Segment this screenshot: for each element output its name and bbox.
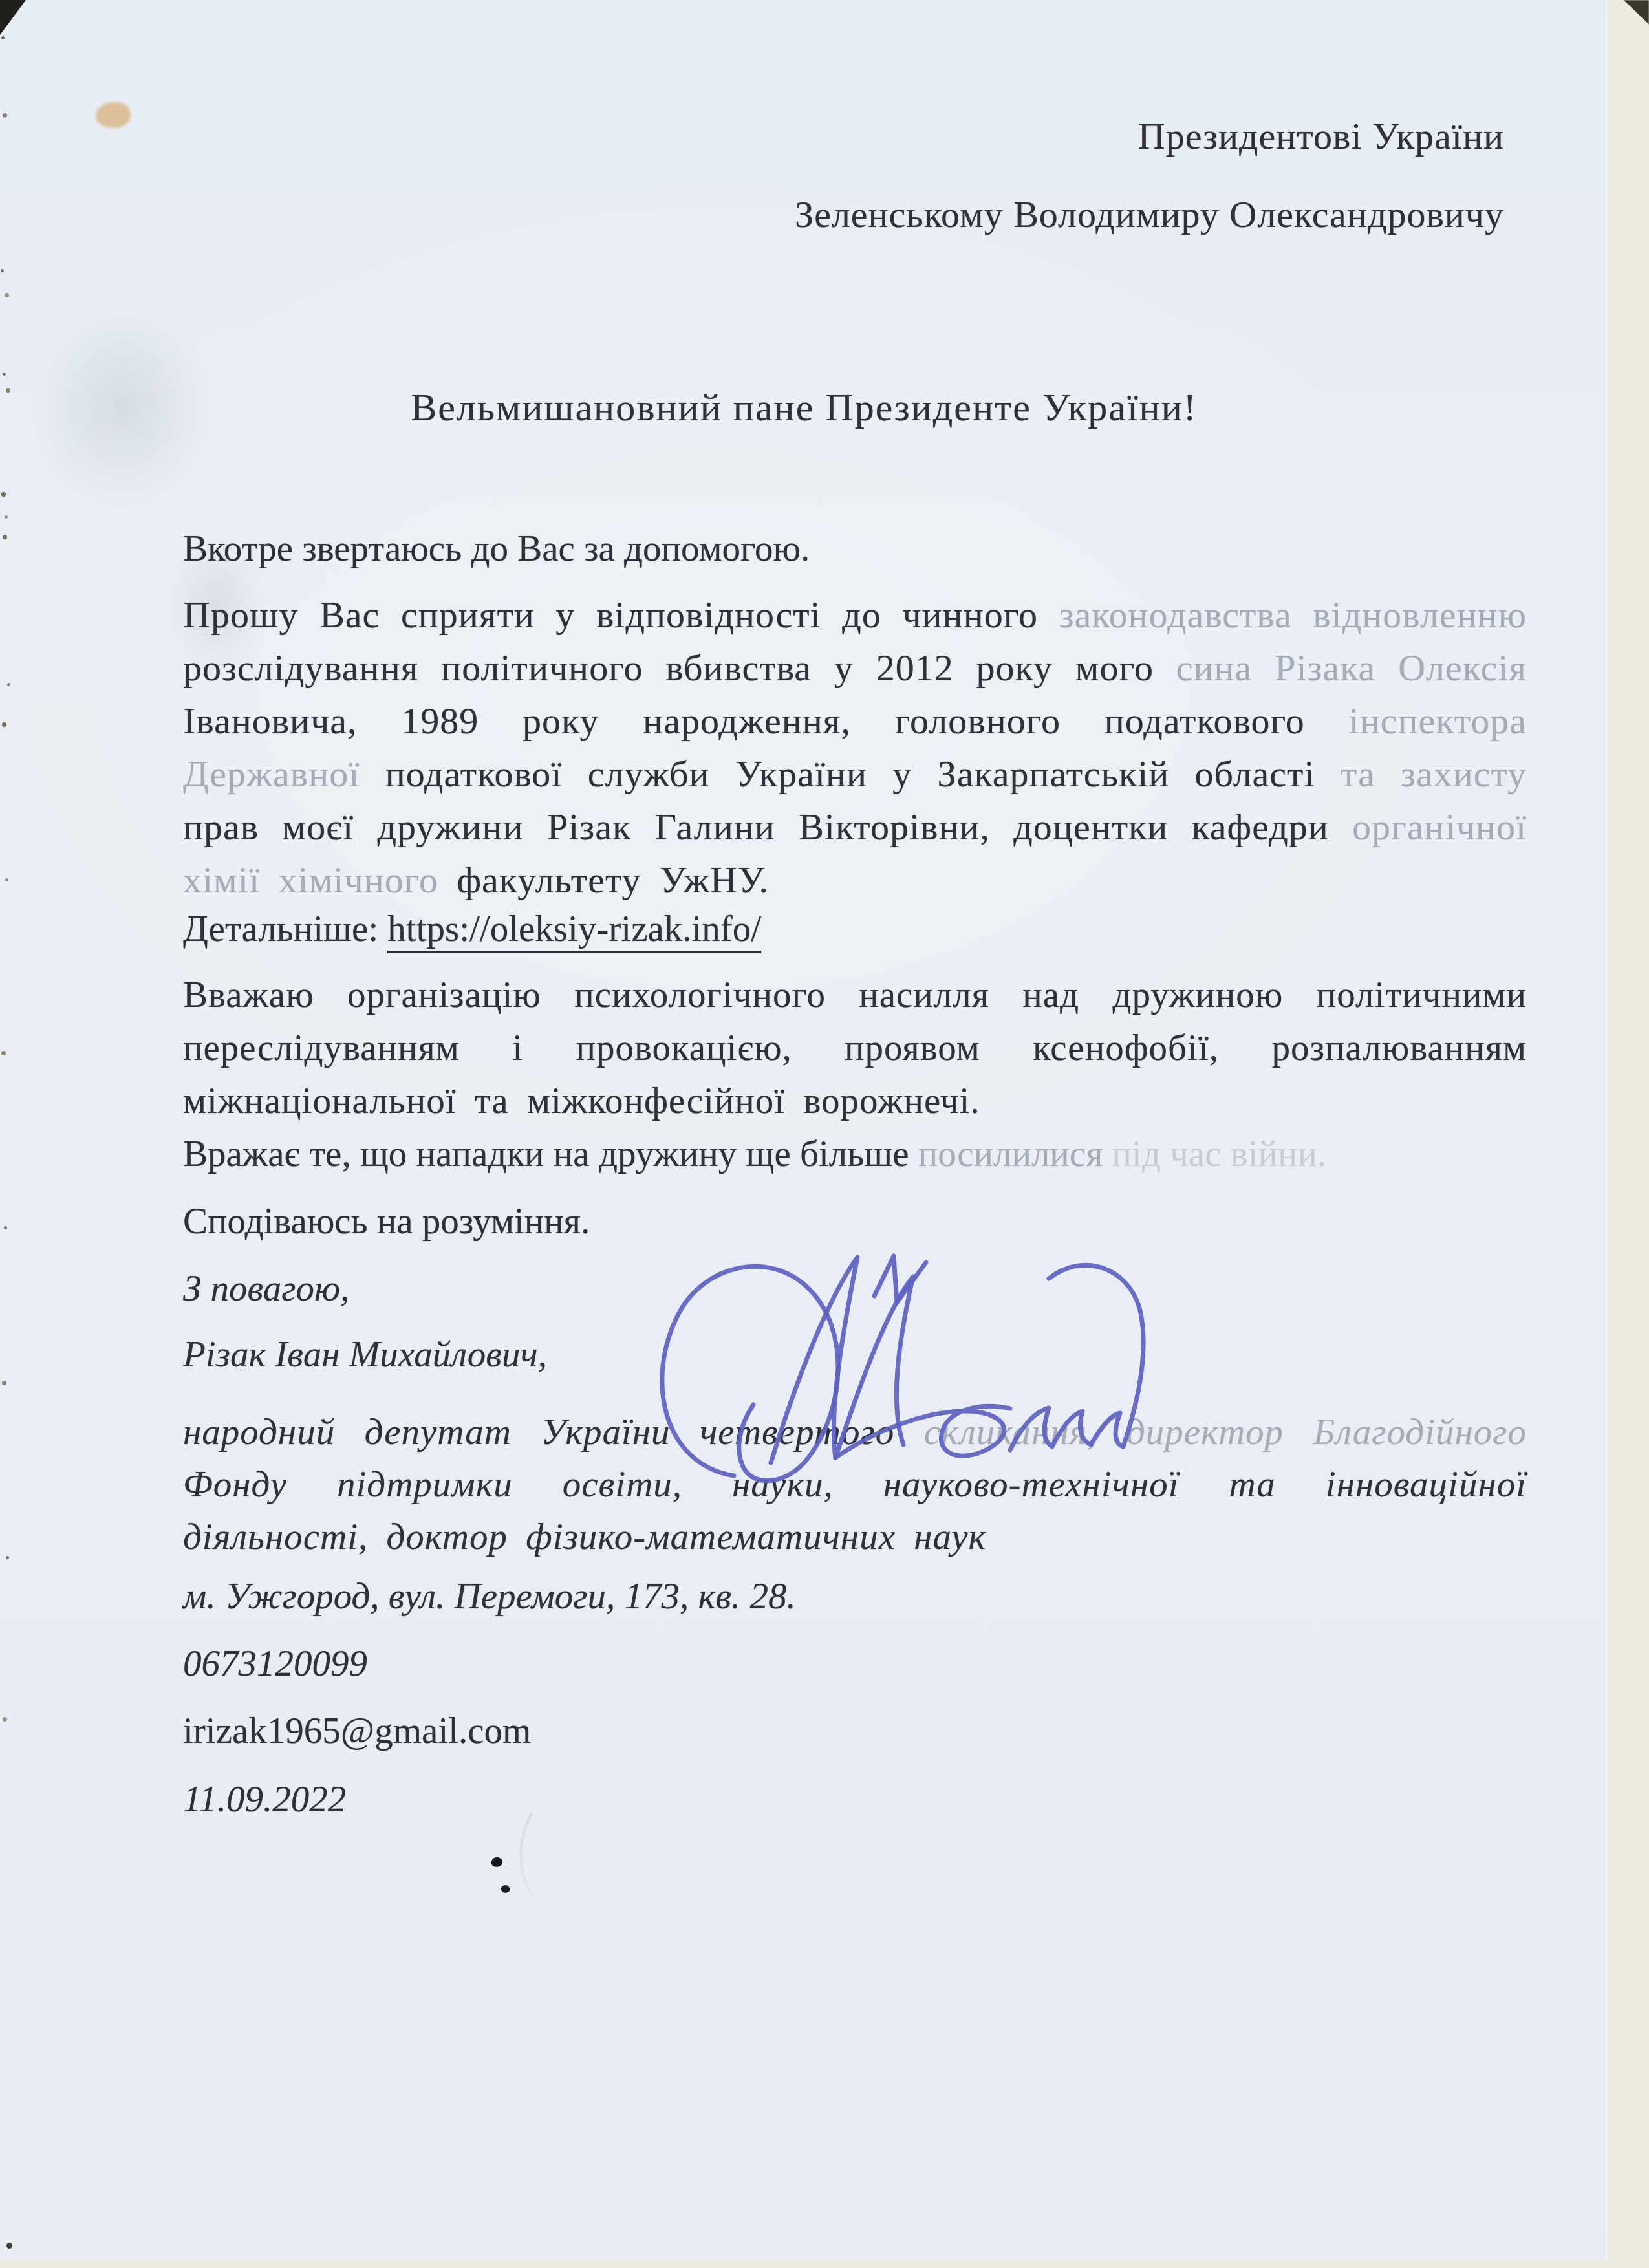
printed-url: https://oleksiy-rizak.info/ xyxy=(387,909,761,953)
scan-edge-specks xyxy=(1,36,5,39)
handwritten-signature xyxy=(601,1217,1164,1508)
paragraph-attacks: Вражає те, що нападки на дружину ще біль… xyxy=(183,1128,1527,1181)
addressee-line: Президентові України xyxy=(795,115,1504,158)
text-segment: під час війни. xyxy=(1112,1134,1327,1174)
text-segment: Вражає те, що нападки на дружину ще біль… xyxy=(183,1134,918,1174)
addressee-block: Президентові України Зеленському Володим… xyxy=(795,115,1504,236)
scanned-letter-page: Президентові України Зеленському Володим… xyxy=(0,0,1649,2268)
scan-corner-shadow-top-left xyxy=(0,0,26,35)
paper-stain xyxy=(96,102,131,128)
text-segment: Івановича, 1989 року народження, головно… xyxy=(183,700,1349,742)
link-label: Детальніше: xyxy=(183,909,387,949)
paragraph-opinion: Вважаю організацію психологічного насилл… xyxy=(183,969,1527,1128)
sender-phone: 0673120099 xyxy=(183,1637,1527,1690)
sender-email: irizak1965@gmail.com xyxy=(183,1705,1527,1758)
paragraph-request: Прошу Вас сприяти у відповідності до чин… xyxy=(183,589,1527,907)
ink-dot xyxy=(500,1884,510,1894)
scan-corner-shadow-top-right xyxy=(1618,0,1649,30)
text-segment: посилилися xyxy=(918,1134,1112,1174)
text-segment: законодавства відновленню xyxy=(1059,594,1527,636)
text-segment: Прошу Вас сприяти у відповідності до чин… xyxy=(183,594,1059,636)
salutation: Вельмишановний пане Президенте України! xyxy=(0,385,1608,430)
paragraph-intro: Вкотре звертаюсь до Вас за допомогою. xyxy=(183,523,1527,576)
text-segment: розслідування політичного вбивства у 201… xyxy=(183,647,1176,689)
letter-date: 11.09.2022 xyxy=(183,1773,1527,1826)
ink-dot xyxy=(490,1856,503,1868)
text-segment: факультету УжНУ. xyxy=(438,859,769,901)
text-segment: податкової служби України у Закарпатські… xyxy=(360,753,1341,795)
text-segment: та захисту xyxy=(1341,753,1527,795)
faint-scratch xyxy=(497,1813,597,1919)
text-segment: прав моєї дружини Різак Галини Вікторівн… xyxy=(183,806,1352,848)
paragraph-link: Детальніше: https://oleksiy-rizak.info/ xyxy=(183,903,1527,956)
paper: Президентові України Зеленському Володим… xyxy=(0,0,1608,2260)
text-segment: сина Різака Олексія xyxy=(1176,647,1527,689)
addressee-line: Зеленському Володимиру Олександровичу xyxy=(795,193,1504,237)
sender-address: м. Ужгород, вул. Перемоги, 173, кв. 28. xyxy=(183,1570,1527,1623)
